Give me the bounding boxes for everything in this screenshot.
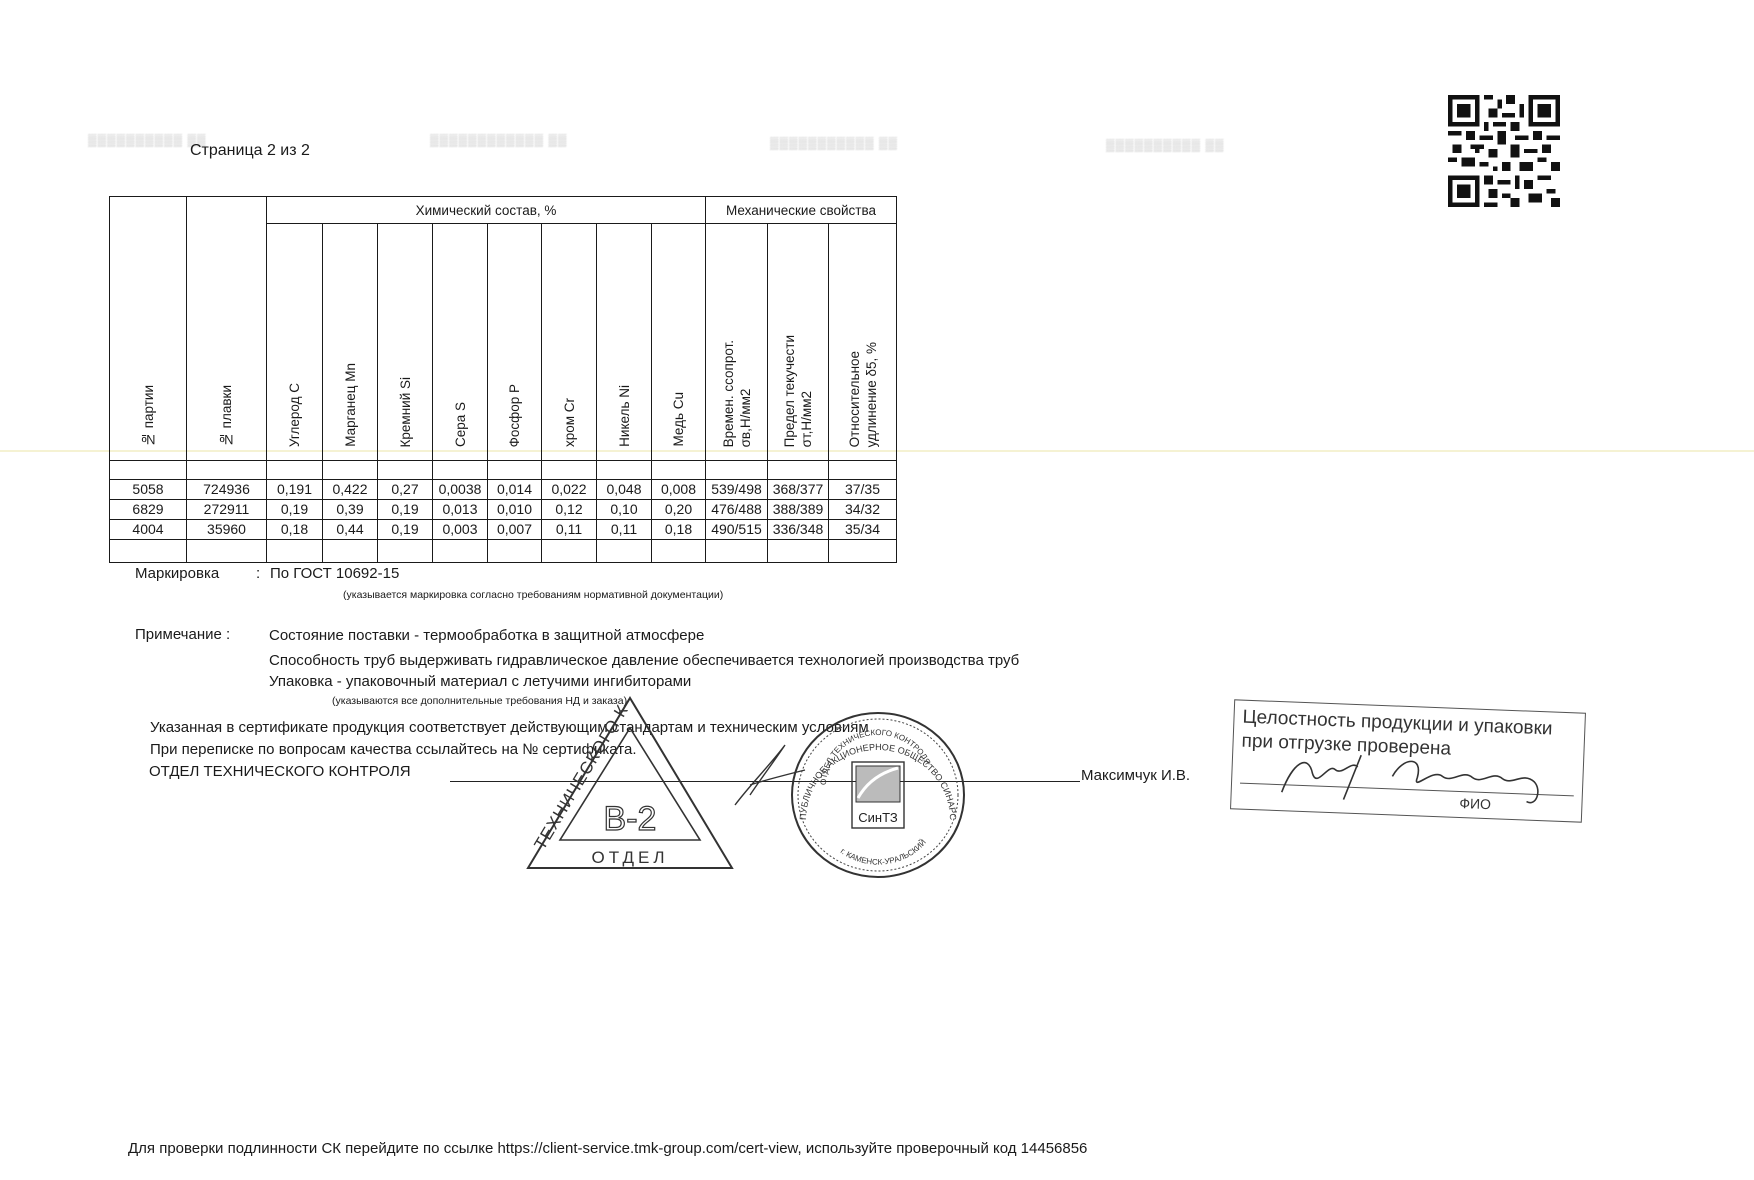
column-header: Относительное удлинение δ5, % xyxy=(829,224,897,461)
certificate-table: № партии № плавки Химический состав, % М… xyxy=(109,196,897,563)
spacer-cell xyxy=(433,461,488,480)
department-label: ОТДЕЛ ТЕХНИЧЕСКОГО КОНТРОЛЯ xyxy=(149,763,411,780)
table-cell: 0,008 xyxy=(652,480,706,500)
table-row: 4004359600,180,440,190,0030,0070,110,110… xyxy=(110,520,897,540)
table-row: 50587249360,1910,4220,270,00380,0140,022… xyxy=(110,480,897,500)
table-cell xyxy=(542,540,597,563)
notes-label: Примечание : xyxy=(135,626,230,643)
column-header: Времен. ссопрот. σв,Н/мм2 xyxy=(706,224,768,461)
spacer-cell xyxy=(768,461,829,480)
note-line: Состояние поставки - термообработка в за… xyxy=(269,627,704,644)
spacer-cell xyxy=(323,461,378,480)
table-cell xyxy=(597,540,652,563)
table-cell xyxy=(187,540,267,563)
table-cell: 0,013 xyxy=(433,500,488,520)
table-cell: 37/35 xyxy=(829,480,897,500)
table-cell: 0,44 xyxy=(323,520,378,540)
spacer-cell xyxy=(110,461,187,480)
table-cell: 0,19 xyxy=(267,500,323,520)
verification-footer: Для проверки подлинности СК перейдите по… xyxy=(128,1140,1087,1157)
signatory-name: Максимчук И.В. xyxy=(1081,767,1190,784)
table-cell: 0,048 xyxy=(597,480,652,500)
table-cell: 0,007 xyxy=(488,520,542,540)
table-cell: 0,19 xyxy=(378,500,433,520)
table-cell: 0,003 xyxy=(433,520,488,540)
svg-text:ПУБЛИЧНОЕ АКЦИОНЕРНОЕ ОБЩЕСТВО: ПУБЛИЧНОЕ АКЦИОНЕРНОЕ ОБЩЕСТВО СИНАРСКИЙ… xyxy=(788,710,958,821)
sintz-round-stamp-icon: ПУБЛИЧНОЕ АКЦИОНЕРНОЕ ОБЩЕСТВО СИНАРСКИЙ… xyxy=(788,710,968,880)
table-cell: 0,27 xyxy=(378,480,433,500)
table-cell: 0,0038 xyxy=(433,480,488,500)
table-cell: 336/348 xyxy=(768,520,829,540)
table-cell: 34/32 xyxy=(829,500,897,520)
table-cell: 0,18 xyxy=(652,520,706,540)
table-cell: 476/488 xyxy=(706,500,768,520)
table-cell xyxy=(706,540,768,563)
table-cell: 0,11 xyxy=(542,520,597,540)
column-header: Медь Cu xyxy=(652,224,706,461)
column-header: хром Cr xyxy=(542,224,597,461)
column-header: Углерод C xyxy=(267,224,323,461)
table-cell: 0,11 xyxy=(597,520,652,540)
compliance-statement: Указанная в сертификате продукция соотве… xyxy=(150,719,869,736)
note-line: Упаковка - упаковочный материал с летучи… xyxy=(269,673,691,690)
page-number: Страница 2 из 2 xyxy=(190,142,310,160)
column-header: Кремний Si xyxy=(378,224,433,461)
table-cell xyxy=(768,540,829,563)
spacer-cell xyxy=(267,461,323,480)
handwritten-signature-icon xyxy=(1271,742,1563,813)
table-cell: 5058 xyxy=(110,480,187,500)
spacer-cell xyxy=(652,461,706,480)
column-header: Марганец Mn xyxy=(323,224,378,461)
table-cell: 0,191 xyxy=(267,480,323,500)
table-cell: 490/515 xyxy=(706,520,768,540)
stamp-logo-text: СинТЗ xyxy=(858,810,898,825)
blurred-header-field: ▒▒▒▒▒▒▒▒▒▒ ▒▒ xyxy=(88,133,206,147)
technical-control-stamp-icon: ТЕХНИЧЕСКОГО КОНТРОЛЯ В-2 ОТДЕЛ xyxy=(520,690,740,875)
table-cell xyxy=(110,540,187,563)
blurred-header-field: ▒▒▒▒▒▒▒▒▒▒▒ ▒▒ xyxy=(770,136,898,150)
spacer-cell xyxy=(488,461,542,480)
marking-colon: : xyxy=(256,565,260,582)
table-cell xyxy=(488,540,542,563)
table-cell xyxy=(267,540,323,563)
table-cell: 4004 xyxy=(110,520,187,540)
table-cell: 0,422 xyxy=(323,480,378,500)
table-cell: 0,19 xyxy=(378,520,433,540)
spacer-cell xyxy=(378,461,433,480)
table-cell: 35/34 xyxy=(829,520,897,540)
table-cell: 35960 xyxy=(187,520,267,540)
mechanical-properties-header: Механические свойства xyxy=(706,197,897,224)
table-cell xyxy=(652,540,706,563)
table-cell: 0,10 xyxy=(597,500,652,520)
table-cell: 0,18 xyxy=(267,520,323,540)
column-header: № партии xyxy=(110,197,187,461)
column-header: Никель Ni xyxy=(597,224,652,461)
table-cell: 368/377 xyxy=(768,480,829,500)
table-cell: 388/389 xyxy=(768,500,829,520)
table-cell: 724936 xyxy=(187,480,267,500)
marking-value: По ГОСТ 10692-15 xyxy=(270,565,399,582)
table-cell: 539/498 xyxy=(706,480,768,500)
marking-hint: (указывается маркировка согласно требова… xyxy=(343,589,723,601)
table-cell xyxy=(829,540,897,563)
stamp-bottom-text: ОТДЕЛ xyxy=(591,848,668,867)
chemical-composition-header: Химический состав, % xyxy=(267,197,706,224)
table-cell: 0,12 xyxy=(542,500,597,520)
table-cell xyxy=(378,540,433,563)
table-cell: 0,014 xyxy=(488,480,542,500)
table-row: 68292729110,190,390,190,0130,0100,120,10… xyxy=(110,500,897,520)
spacer-cell xyxy=(542,461,597,480)
qr-code-icon xyxy=(1444,95,1564,207)
column-header: Предел текучести σт,Н/мм2 xyxy=(768,224,829,461)
table-cell xyxy=(433,540,488,563)
table-cell: 0,010 xyxy=(488,500,542,520)
stamp-code: В-2 xyxy=(604,800,657,838)
table-cell: 272911 xyxy=(187,500,267,520)
spacer-cell xyxy=(706,461,768,480)
column-header: Сера S xyxy=(433,224,488,461)
note-line: Способность труб выдерживать гидравличес… xyxy=(269,652,1019,669)
table-cell xyxy=(323,540,378,563)
marking-label: Маркировка xyxy=(135,565,219,582)
table-cell: 0,022 xyxy=(542,480,597,500)
blurred-header-field: ▒▒▒▒▒▒▒▒▒▒▒▒ ▒▒ xyxy=(430,133,567,147)
column-header: № плавки xyxy=(187,197,267,461)
spacer-cell xyxy=(829,461,897,480)
table-cell: 0,20 xyxy=(652,500,706,520)
spacer-cell xyxy=(187,461,267,480)
spacer-cell xyxy=(597,461,652,480)
table-row-empty xyxy=(110,540,897,563)
table-cell: 0,39 xyxy=(323,500,378,520)
packaging-check-stamp: Целостность продукции и упаковки при отг… xyxy=(1230,699,1586,822)
table-cell: 6829 xyxy=(110,500,187,520)
column-header: Фосфор P xyxy=(488,224,542,461)
blurred-header-field: ▒▒▒▒▒▒▒▒▒▒ ▒▒ xyxy=(1106,138,1224,152)
